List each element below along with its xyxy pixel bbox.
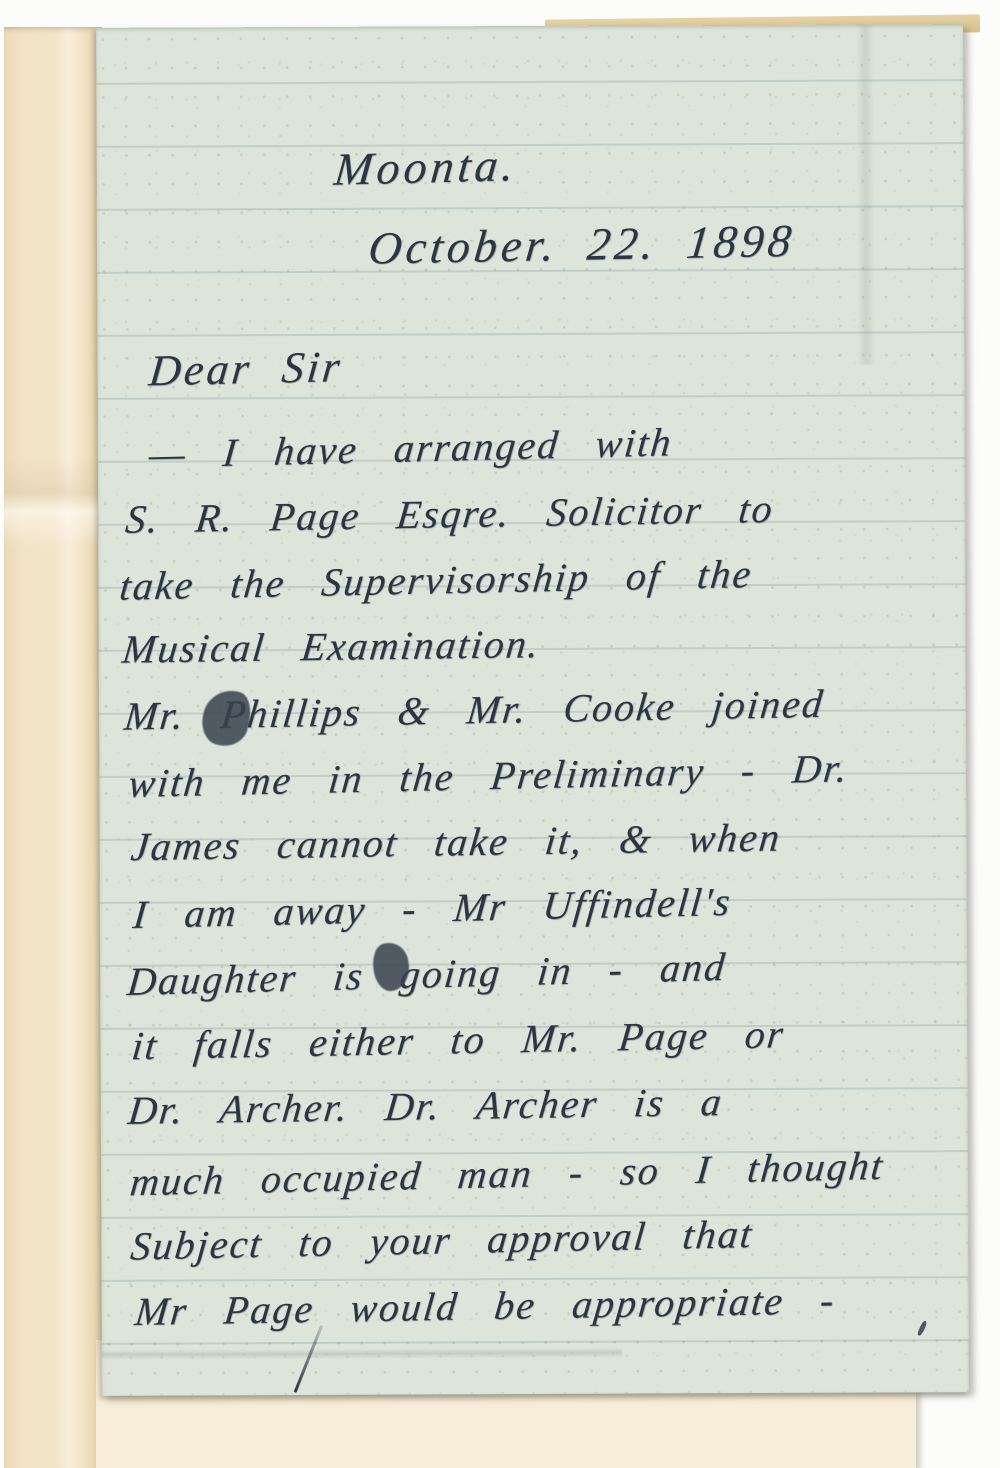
letter-date: October. 22. 1898: [366, 218, 797, 272]
letter-body-line: it falls either to Mr. Page or: [130, 1014, 787, 1066]
letter-page: Moonta. October. 22. 1898 Dear Sir — I h…: [96, 24, 969, 1396]
pen-mark: [917, 1320, 928, 1337]
letter-body-line: Daughter is going in - and: [126, 947, 729, 1002]
letter-body-line: — I have arranged with: [147, 422, 674, 474]
letter-body-line: I am away - Mr Uffindell's: [131, 882, 733, 935]
letter-body-line: much occupied man - so I thought: [128, 1146, 886, 1202]
backing-page-left: [4, 27, 102, 1468]
letter-body-line: Dr. Archer. Dr. Archer is a: [126, 1082, 725, 1131]
paper-crease: [4, 457, 102, 547]
document-scan: Moonta. October. 22. 1898 Dear Sir — I h…: [0, 0, 1000, 1468]
letter-body-line: S. R. Page Esqre. Solicitor to: [124, 489, 776, 540]
letter-salutation: Dear Sir: [147, 345, 345, 393]
letter-body-line: Subject to your approval that: [129, 1214, 756, 1266]
letter-body-line: with me in the Preliminary - Dr.: [127, 748, 851, 804]
letter-body-line: take the Supervisorship of the: [118, 554, 755, 607]
paper-crease: [102, 1348, 622, 1360]
paper-crease: [856, 25, 875, 365]
letter-body-line: Musical Examination.: [120, 624, 542, 669]
letter-body-line: Mr Page would be appropriate -: [133, 1280, 838, 1332]
letter-place: Moonta.: [332, 142, 520, 193]
letter-body-line: James cannot take it, & when: [129, 818, 783, 868]
